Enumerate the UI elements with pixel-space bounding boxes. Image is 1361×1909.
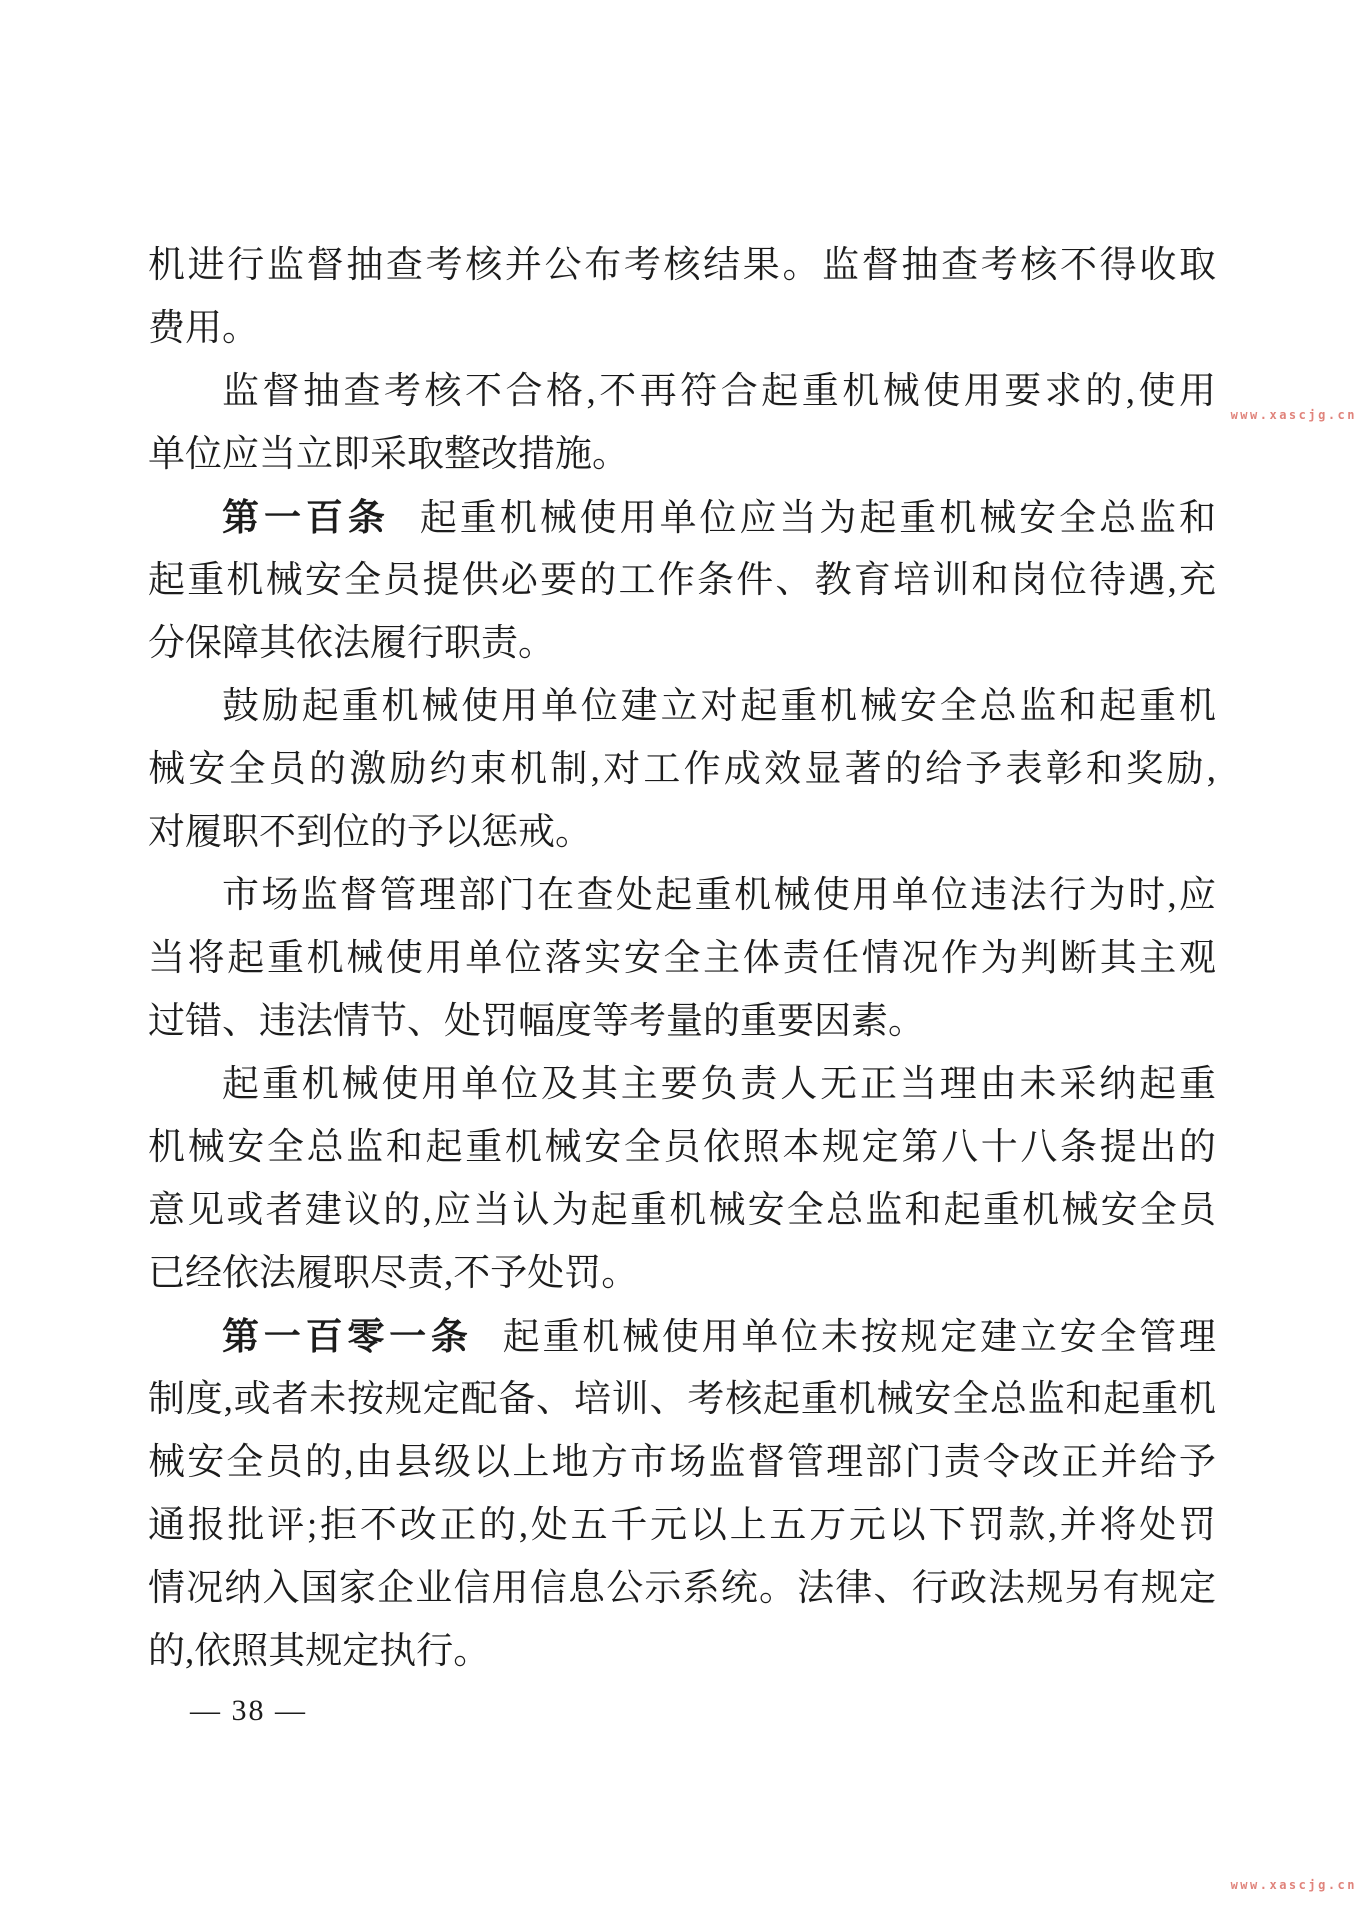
text-line: 单位应当立即采取整改措施。 (148, 423, 1216, 486)
text-line: 械安全员的激励约束机制,对工作成效显著的给予表彰和奖励, (148, 738, 1216, 801)
text-line: 分保障其依法履行职责。 (148, 612, 1216, 675)
article-text: 起重机械使用单位应当为起重机械安全总监和 (420, 498, 1216, 539)
text-line: 鼓励起重机械使用单位建立对起重机械安全总监和起重机 (148, 675, 1216, 738)
text-line: 通报批评;拒不改正的,处五千元以上五万元以下罚款,并将处罚 (148, 1494, 1216, 1557)
text-line: 机械安全总监和起重机械安全员依照本规定第八十八条提出的 (148, 1116, 1216, 1179)
text-line: 当将起重机械使用单位落实安全主体责任情况作为判断其主观 (148, 927, 1216, 990)
article-number-heading: 第一百条 (222, 497, 390, 538)
text-line: 市场监督管理部门在查处起重机械使用单位违法行为时,应 (148, 864, 1216, 927)
text-line: 起重机械安全员提供必要的工作条件、教育培训和岗位待遇,充 (148, 549, 1216, 612)
text-line: 对履职不到位的予以惩戒。 (148, 801, 1216, 864)
text-line: 情况纳入国家企业信用信息公示系统。法律、行政法规另有规定 (148, 1557, 1216, 1620)
text-line: 过错、违法情节、处罚幅度等考量的重要因素。 (148, 990, 1216, 1053)
document-body: 机进行监督抽查考核并公布考核结果。监督抽查考核不得收取费用。监督抽查考核不合格,… (148, 234, 1216, 1683)
text-line: 的,依照其规定执行。 (148, 1620, 1216, 1683)
article-number-heading: 第一百零一条 (222, 1316, 473, 1357)
text-line: 意见或者建议的,应当认为起重机械安全总监和起重机械安全员 (148, 1179, 1216, 1242)
text-line: 起重机械使用单位及其主要负责人无正当理由未采纳起重 (148, 1053, 1216, 1116)
article-text: 起重机械使用单位未按规定建立安全管理 (503, 1317, 1216, 1358)
page-number: — 38 — (190, 1694, 307, 1728)
watermark-url-mid: www.xascjg.cn (1231, 408, 1357, 422)
text-line: 制度,或者未按规定配备、培训、考核起重机械安全总监和起重机 (148, 1368, 1216, 1431)
text-line: 械安全员的,由县级以上地方市场监督管理部门责令改正并给予 (148, 1431, 1216, 1494)
watermark-url-bottom: www.xascjg.cn (1231, 1878, 1357, 1892)
text-line: 第一百零一条起重机械使用单位未按规定建立安全管理 (148, 1305, 1216, 1368)
text-line: 第一百条起重机械使用单位应当为起重机械安全总监和 (148, 486, 1216, 549)
text-line: 费用。 (148, 297, 1216, 360)
text-line: 机进行监督抽查考核并公布考核结果。监督抽查考核不得收取 (148, 234, 1216, 297)
text-line: 已经依法履职尽责,不予处罚。 (148, 1242, 1216, 1305)
text-line: 监督抽查考核不合格,不再符合起重机械使用要求的,使用 (148, 360, 1216, 423)
